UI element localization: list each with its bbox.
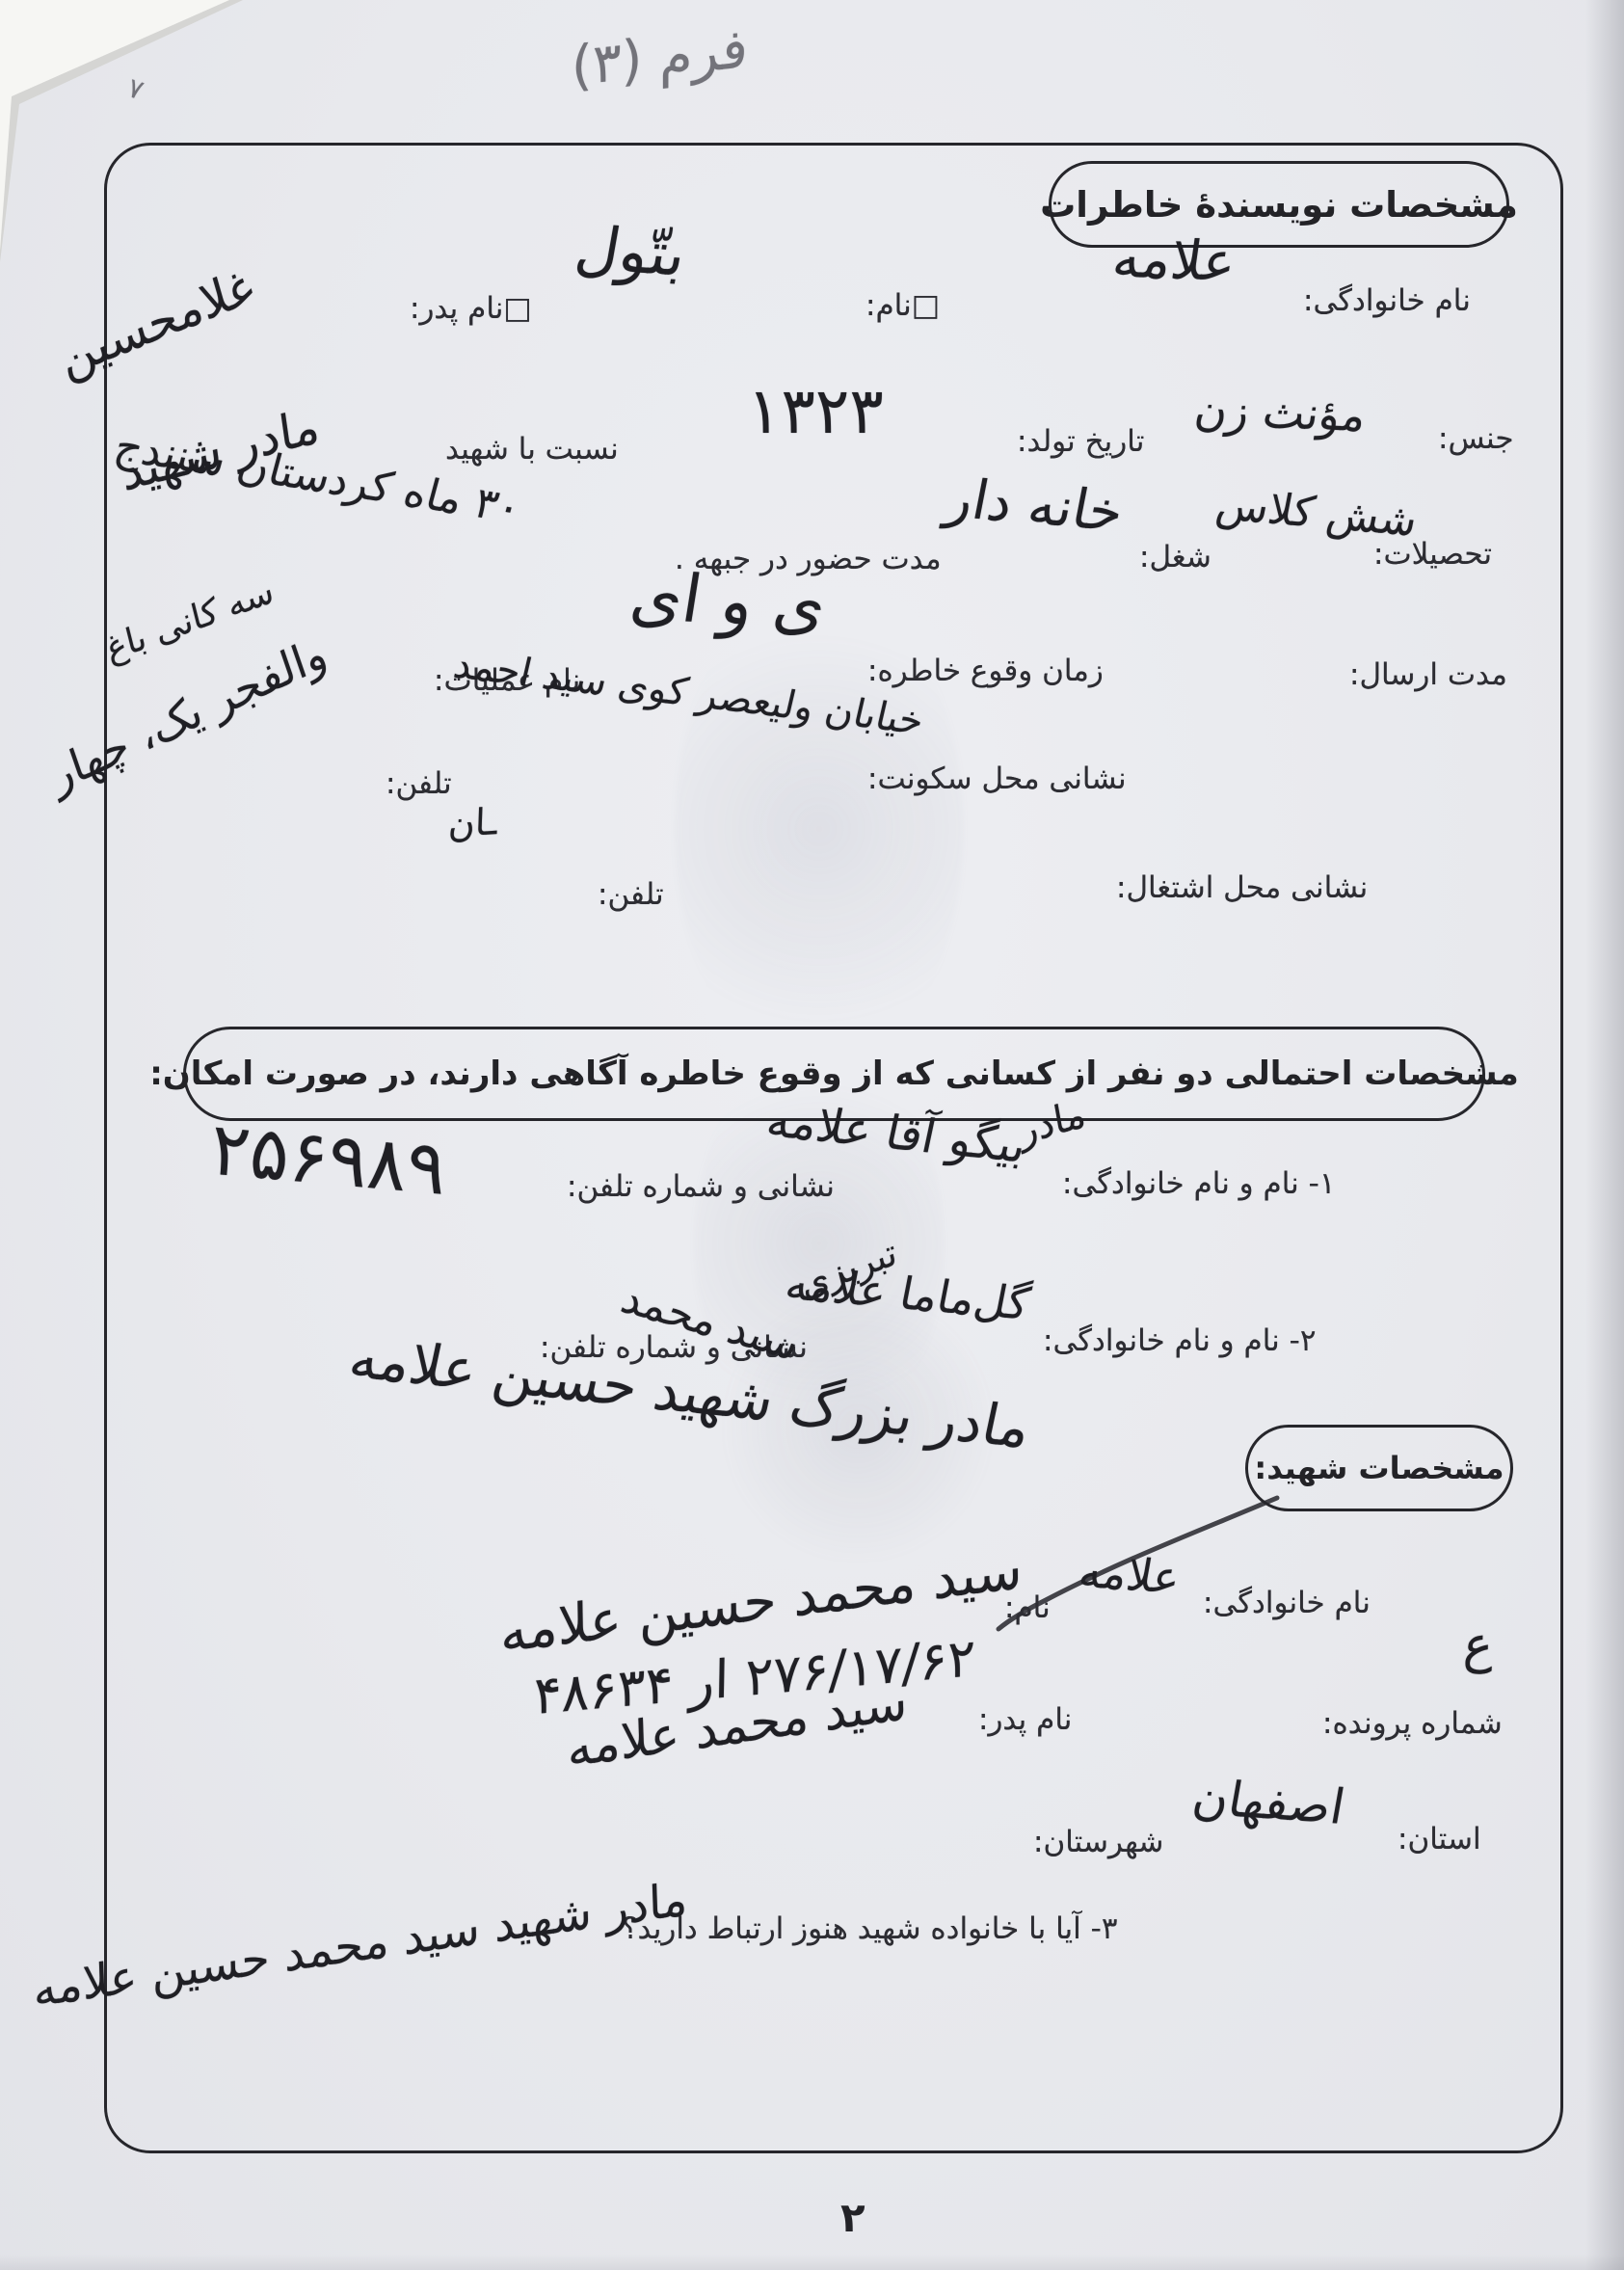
scan-edge-shadow-bottom [0, 2255, 1624, 2270]
writer-father-name-label: □نام پدر: [410, 291, 532, 326]
birth-date-value: ۱۳۲۳ [747, 374, 884, 448]
gender-label: جنس: [1438, 421, 1513, 456]
witness2-name-label: ۲- نام و نام خانوادگی: [1043, 1323, 1316, 1358]
relation-label: نسبت با شهید [445, 432, 619, 467]
martyr-last-name-label: نام خانوادگی: [1203, 1586, 1371, 1620]
memory-time-value: ی و ای [626, 559, 832, 645]
case-number-label: شماره پرونده: [1322, 1706, 1503, 1741]
case-number-prefix: ع [1462, 1616, 1494, 1675]
martyr-last-name-value: علامه [1076, 1545, 1185, 1604]
writer-first-name-value: بتّول [571, 212, 692, 289]
gender-value: مؤنث زن [1191, 384, 1369, 441]
question3-label: ۳- آیا با خانواده شهید هنوز ارتباط دارید… [622, 1911, 1118, 1946]
martyr-father-name-label: نام پدر: [978, 1702, 1072, 1737]
witness1-name-label: ۱- نام و نام خانوادگی: [1062, 1166, 1335, 1201]
province-value: اصفهان [1188, 1769, 1348, 1834]
writer-last-name-label: نام خانوادگی: [1303, 283, 1471, 318]
job-label: شغل: [1139, 540, 1211, 574]
residence-phone-label: تلفن: [386, 766, 452, 801]
writer-first-name-label: □نام: [865, 288, 940, 323]
page-number: ۲ [840, 2194, 865, 2241]
residence-address-label: نشانی محل سکونت: [867, 761, 1127, 796]
workplace-phone-label: تلفن: [598, 877, 664, 912]
martyr-section-badge: مشخصات شهید: [1245, 1425, 1513, 1511]
workplace-address-label: نشانی محل اشتغال: [1116, 870, 1368, 905]
county-label: شهرستان: [1033, 1825, 1163, 1859]
margin-tick-mark: ٧ [124, 71, 148, 106]
memory-time-label: زمان وقوع خاطره: [867, 654, 1104, 688]
send-duration-label: مدت ارسال: [1349, 657, 1507, 692]
form-number-note: فرم (۳) [572, 17, 748, 99]
writer-last-name-value: علامه [1109, 227, 1240, 294]
birth-date-label: تاریخ تولد: [1017, 424, 1144, 459]
scanned-form-page: فرم (۳) ٧ مشخصات نویسندهٔ خاطرات نام خان… [0, 0, 1624, 2270]
residence-address-value-2: ـان [447, 800, 497, 846]
province-label: استان: [1398, 1822, 1481, 1856]
scan-edge-shadow-right [1585, 0, 1624, 2270]
witness1-contact-label: نشانی و شماره تلفن: [567, 1169, 835, 1204]
